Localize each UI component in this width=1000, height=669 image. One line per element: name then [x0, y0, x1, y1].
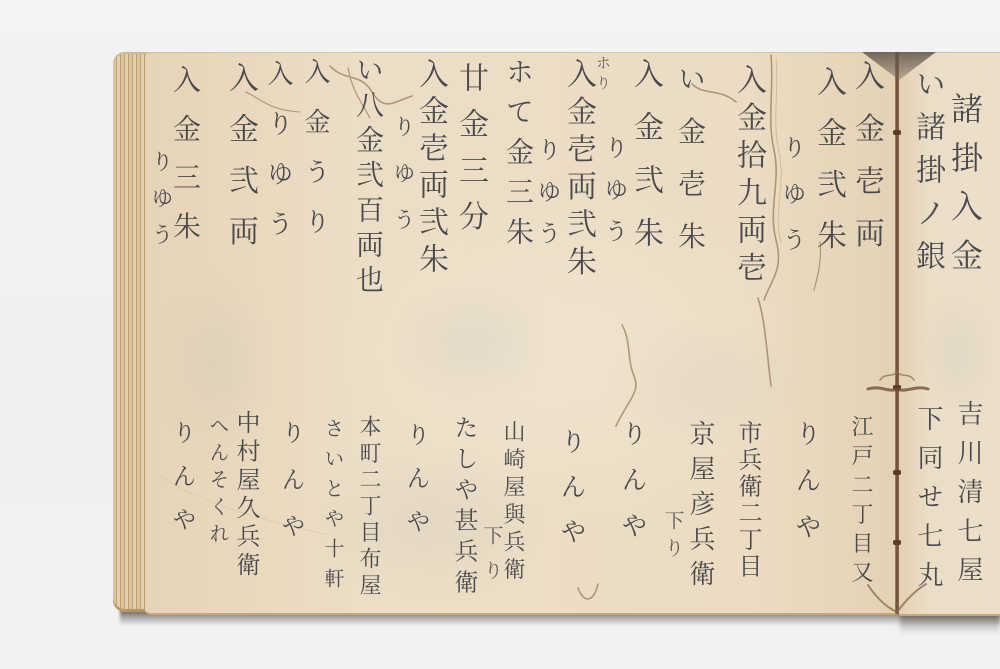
text-column: 諸掛入金 [949, 92, 981, 287]
ledger-entry: 山崎屋與兵衛 [501, 420, 523, 585]
binding-stitch [893, 385, 901, 390]
text-column: 下同せ七丸 [915, 405, 941, 600]
ledger-entry: 入金うり [302, 58, 328, 258]
ledger-entry: 本町二丁目布屋 [357, 415, 379, 600]
ledger-entry: りんや [170, 420, 194, 550]
ledger-entry: 江戸二丁目又 [849, 415, 871, 590]
ledger-entry: 入金弐両 [225, 62, 255, 267]
manuscript-photo: 諸掛入金 い諸掛ノ銀 吉川清七屋 下同せ七丸 入金壱両 入金弐朱 りゆう 入金拾… [0, 0, 1000, 669]
ledger-entry: い金壱朱 [676, 64, 704, 274]
ledger-entry: 中村屋久兵衛 [234, 410, 258, 580]
ledger-entry: い八金弐百両也 [354, 55, 382, 300]
ledger-entry: たしや甚兵衛 [452, 415, 476, 600]
ledger-entry: 入金壱両弐朱 [563, 58, 593, 283]
book-spine-binding [895, 52, 899, 614]
ledger-entry: りんや [619, 420, 645, 558]
ledger-entry: りゆう [780, 135, 804, 273]
ledger-entry: りんや [279, 420, 303, 560]
ledger-entry: 廿金三分 [455, 62, 485, 247]
marginal-note: 下り [663, 510, 683, 565]
ledger-entry: へんそくれ [208, 415, 228, 550]
text-column: い諸掛ノ銀 [912, 68, 942, 283]
text-column: 吉川清七屋 [955, 400, 981, 595]
ledger-entry: 入金壱両 [851, 60, 881, 270]
ledger-entry: りんや [404, 422, 428, 552]
binding-stitch [893, 130, 901, 135]
ledger-entry: 入金弐朱 [813, 66, 843, 271]
marginal-note: ホり [595, 55, 610, 95]
ledger-entry: りんや [558, 428, 584, 563]
ledger-entry: りゆう [391, 115, 413, 255]
marginal-note: 下り [482, 525, 502, 595]
ledger-entry: 京屋彦兵衛 [687, 420, 713, 595]
ledger-entry: りんや [793, 420, 819, 560]
ledger-entry: りゆう [535, 137, 559, 262]
ledger-entry: 入金拾九両壱 [733, 64, 763, 289]
ledger-entry: 市兵衛二丁目 [736, 420, 760, 580]
ledger-entry: 入りゆう [265, 60, 291, 260]
ledger-entry: りゆう [149, 150, 171, 260]
ledger-entry: ホて金三朱 [504, 57, 532, 257]
ledger-entry: さいとや十軒 [323, 418, 343, 598]
binding-stitch [893, 540, 901, 545]
ledger-entry: 入金壱両弐朱 [415, 58, 445, 280]
ledger-entry: 入金弐朱 [630, 58, 660, 270]
ledger-entry: 入金三朱 [171, 65, 199, 260]
binding-stitch [893, 470, 901, 475]
ledger-entry: りゆう [602, 135, 626, 260]
